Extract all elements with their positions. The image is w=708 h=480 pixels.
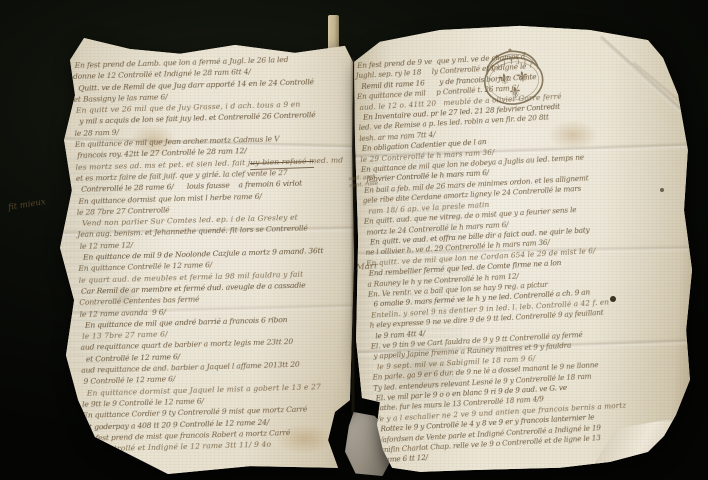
margin-note-fit-mieux: fit mieux [7,197,46,213]
left-page: En fest prend de Lamb. que lon a fermé a… [46,34,358,474]
margin-note-greffier: aud. gref. cont. rollé [348,174,378,189]
manuscript-photo: En fest prend de Lamb. que lon a fermé a… [0,0,708,480]
right-page-paper: En fest prend de 9 ve que y ml. ve de ch… [348,20,698,476]
fleur-de-lis-stamp-icon: ⚜ ⚜ ⚜ [475,38,551,112]
handwriting-block-left: En fest prend de Lamb. que lon a fermé a… [73,52,358,455]
page-gutter-shadow [351,58,355,414]
left-page-paper: En fest prend de Lamb. que lon a fermé a… [46,34,358,474]
margin-note-marr: Marr [356,261,379,273]
handwriting-block-right: En fest prend de 9 ve que y ml. ve de ch… [355,43,695,466]
right-page: En fest prend de 9 ve que y ml. ve de ch… [348,20,698,476]
svg-text:⚜: ⚜ [507,83,523,103]
